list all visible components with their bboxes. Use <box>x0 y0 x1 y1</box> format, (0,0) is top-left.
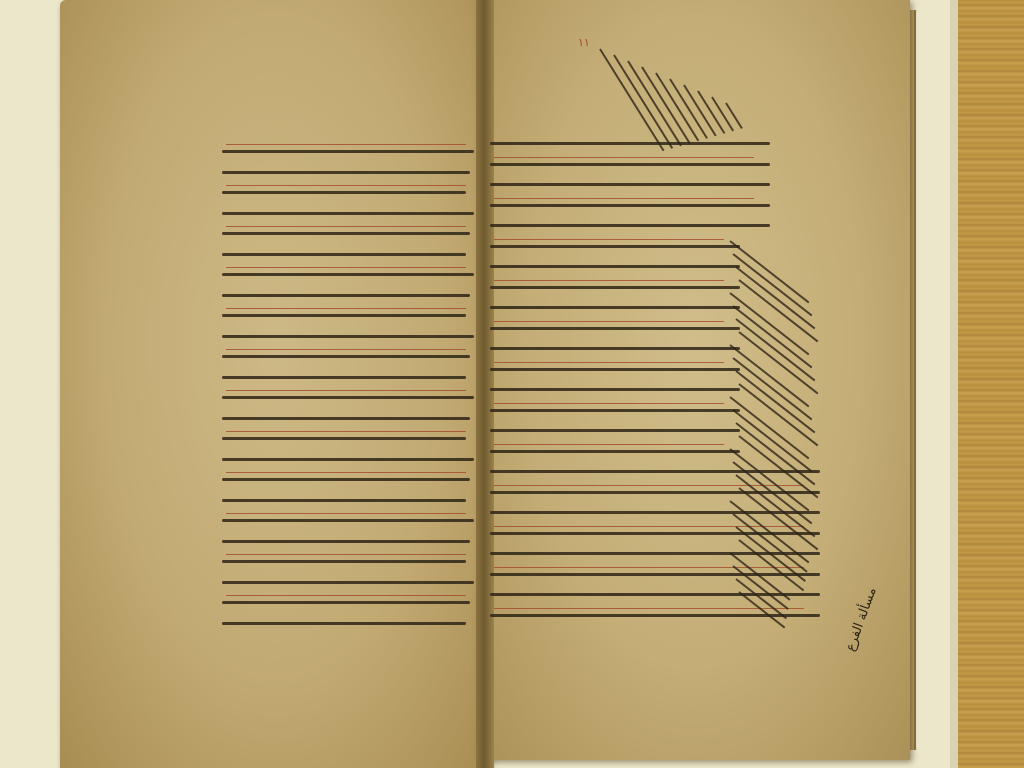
rubric-underline <box>494 362 724 363</box>
script-line <box>490 204 770 207</box>
script-line <box>490 409 740 412</box>
script-line <box>222 560 466 563</box>
right-page: ١١ مسألة الفرع <box>478 0 910 760</box>
script-line <box>490 142 770 145</box>
rubric-underline <box>494 198 754 199</box>
script-line <box>222 581 474 584</box>
script-line <box>490 429 740 432</box>
rubric-underline <box>226 185 466 186</box>
rubric-underline <box>494 321 724 322</box>
script-line <box>490 245 740 248</box>
rubric-underline <box>494 567 804 568</box>
wooden-table <box>958 0 1024 768</box>
script-line <box>490 368 740 371</box>
script-line <box>222 314 466 317</box>
folio-number: ١١ <box>578 36 590 49</box>
rubric-underline <box>494 239 724 240</box>
rubric-underline <box>226 554 466 555</box>
script-line <box>490 163 770 166</box>
script-line <box>222 622 466 625</box>
script-line <box>222 437 466 440</box>
rubric-underline <box>226 308 466 309</box>
script-line <box>222 171 470 174</box>
script-line <box>222 191 466 194</box>
rubric-underline <box>226 390 466 391</box>
rubric-underline <box>494 280 724 281</box>
script-line <box>490 286 740 289</box>
rubric-underline <box>226 513 466 514</box>
script-line <box>222 417 470 420</box>
rubric-underline <box>494 526 804 527</box>
script-line <box>490 306 740 309</box>
script-line <box>222 150 474 153</box>
rubric-underline <box>494 444 724 445</box>
script-line <box>222 376 466 379</box>
rubric-underline <box>226 595 466 596</box>
rubric-underline <box>226 472 466 473</box>
script-line <box>222 519 474 522</box>
script-line <box>222 601 470 604</box>
script-line <box>222 335 474 338</box>
script-line <box>222 253 466 256</box>
script-line <box>222 540 470 543</box>
script-line <box>222 273 474 276</box>
script-line <box>222 458 474 461</box>
rubric-underline <box>226 226 466 227</box>
script-line <box>490 450 740 453</box>
script-line <box>222 355 470 358</box>
script-line <box>490 265 740 268</box>
left-page <box>60 0 490 768</box>
script-line <box>490 573 820 576</box>
rubric-underline <box>226 431 466 432</box>
script-line <box>490 470 820 473</box>
script-line <box>490 347 740 350</box>
script-line <box>222 294 470 297</box>
rubric-underline <box>494 485 804 486</box>
rubric-underline <box>226 267 466 268</box>
script-line <box>490 183 770 186</box>
rubric-underline <box>226 144 466 145</box>
script-line <box>222 232 470 235</box>
book-gutter <box>476 0 494 768</box>
script-line <box>490 327 740 330</box>
marginal-note-label: مسألة الفرع <box>843 586 880 654</box>
rubric-underline <box>494 157 754 158</box>
rubric-underline <box>494 403 724 404</box>
script-line <box>490 224 770 227</box>
rubric-underline <box>226 349 466 350</box>
script-line <box>222 212 474 215</box>
script-line <box>222 478 470 481</box>
script-line <box>222 499 466 502</box>
script-line <box>222 396 474 399</box>
script-line <box>490 388 740 391</box>
